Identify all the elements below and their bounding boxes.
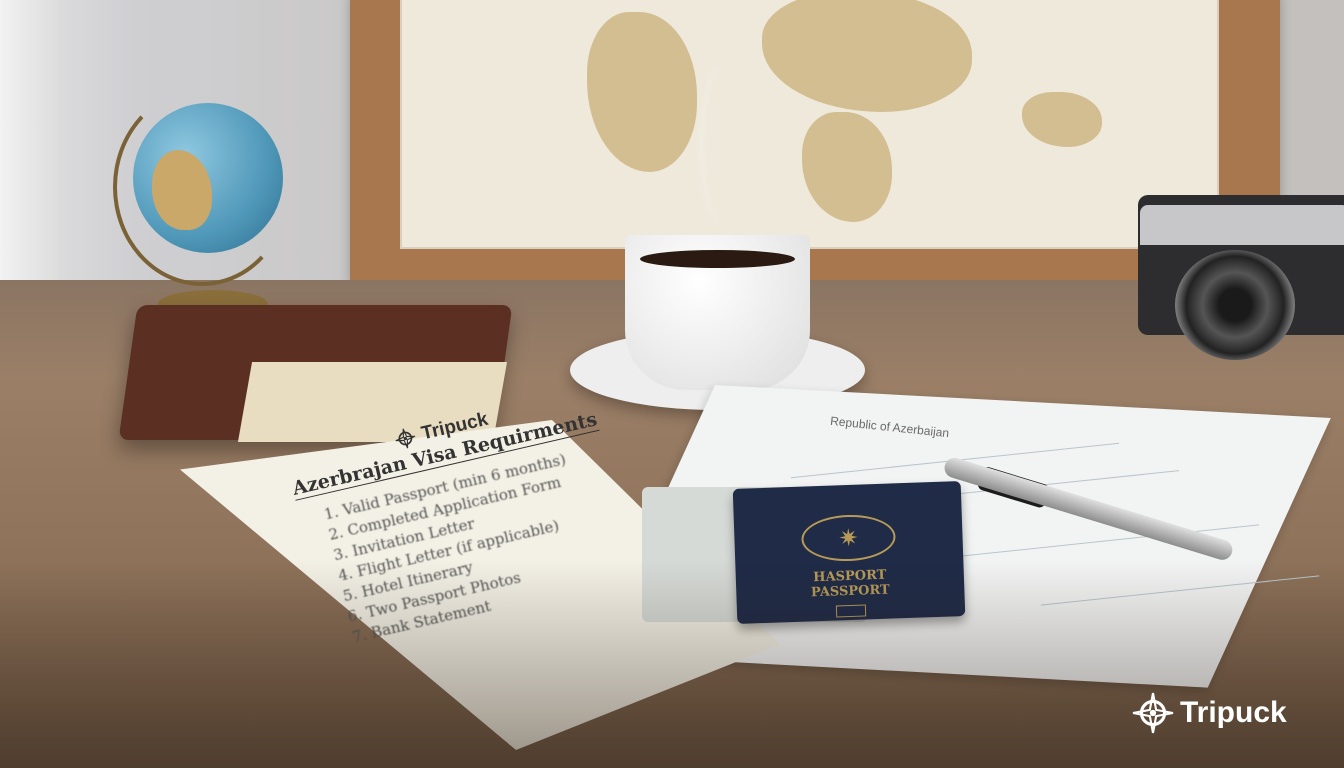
compass-icon: [1132, 692, 1174, 734]
map-landmass: [762, 0, 972, 112]
map-landmass: [587, 12, 697, 172]
camera-top-plate: [1140, 205, 1344, 245]
watermark-text: Tripuck: [1180, 696, 1287, 730]
world-map: [400, 0, 1219, 249]
map-landmass: [1022, 92, 1102, 147]
watermark-logo: Tripuck: [1132, 692, 1287, 734]
foreground-shadow: [0, 560, 1344, 768]
coffee: [640, 250, 795, 268]
camera-lens: [1175, 250, 1295, 360]
coffee-steam: [700, 60, 753, 230]
compass-icon: [392, 425, 418, 451]
map-landmass: [802, 112, 892, 222]
star-emblem-icon: ✷: [801, 513, 897, 562]
